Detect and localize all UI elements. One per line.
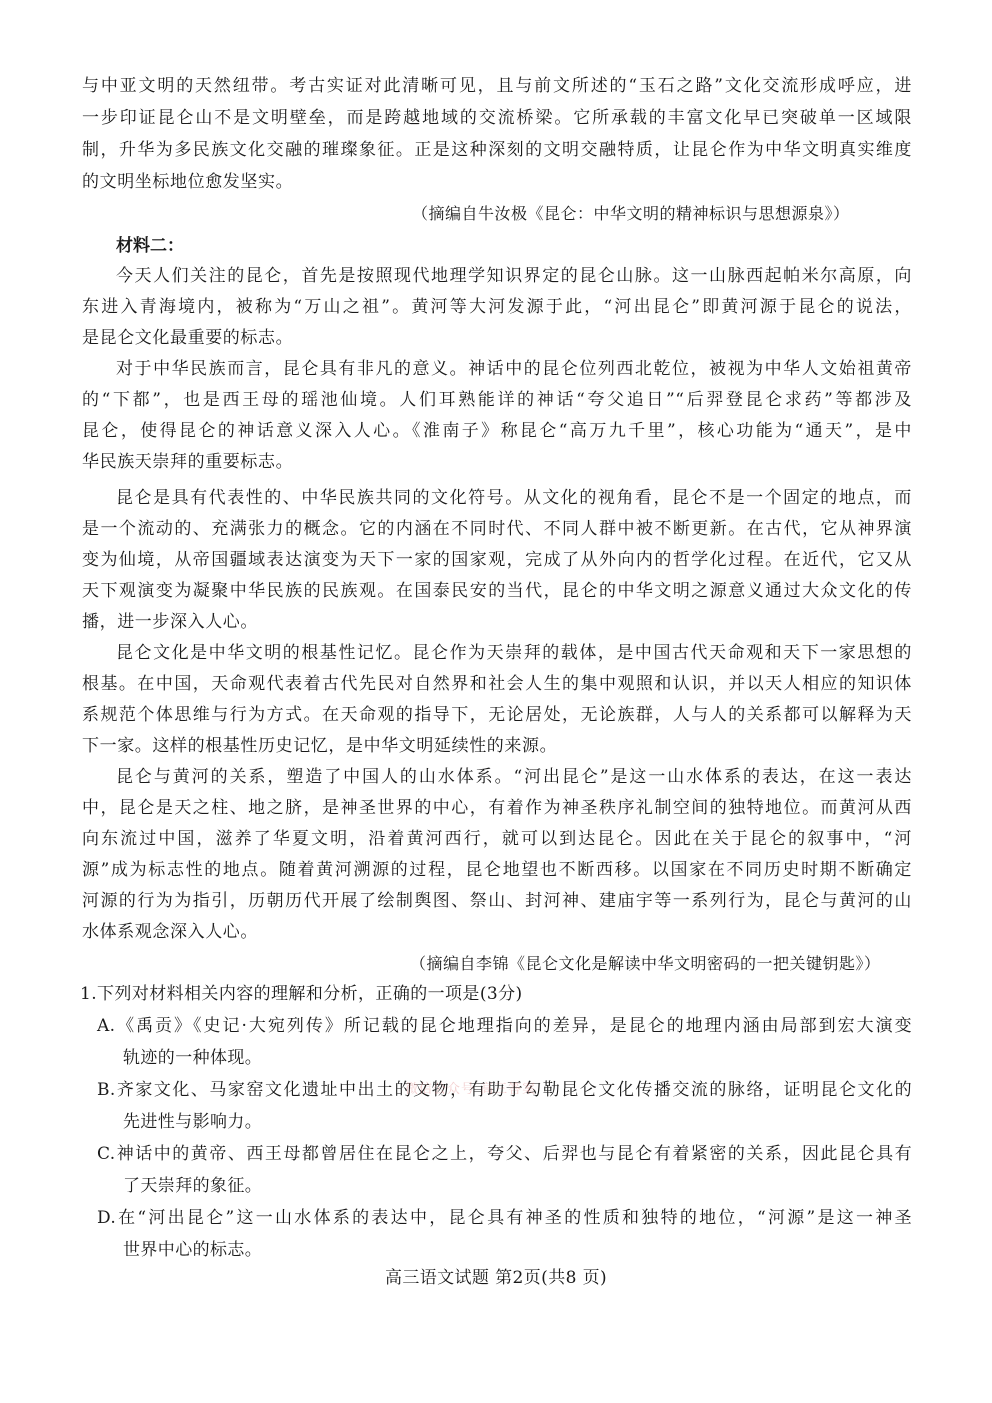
source-citation-2: （摘编自李锦《昆仑文化是解读中华文明密码的一把关键钥匙》） xyxy=(410,948,881,979)
text-line: 根基。在中国，天命观代表着古代先民对自然界和社会人生的集中观照和认识，并以天人相… xyxy=(82,669,912,700)
section-heading: 材料二： xyxy=(116,231,184,262)
text-line: 与中亚文明的天然纽带。考古实证对此清晰可见，且与前文所述的“玉石之路”文化交流形… xyxy=(82,71,912,102)
text-line: 华民族天崇拜的重要标志。 xyxy=(82,447,912,478)
exam-page: 与中亚文明的天然纽带。考古实证对此清晰可见，且与前文所述的“玉石之路”文化交流形… xyxy=(0,0,992,1403)
option-c-cont: 了天崇拜的象征。 xyxy=(123,1171,912,1202)
option-label: C. xyxy=(97,1144,116,1164)
text-line: 变为仙境，从帝国疆域表达演变为天下一家的国家观，完成了从外向内的哲学化过程。在近… xyxy=(82,545,912,576)
option-d[interactable]: D.在“河出昆仑”这一山水体系的表达中，昆仑具有神圣的性质和独特的地位，“河源”… xyxy=(97,1203,912,1234)
text-line: 源”成为标志性的地点。随着黄河溯源的过程，昆仑地望也不断西移。以国家在不同历史时… xyxy=(82,855,912,886)
text-line: 是一个流动的、充满张力的概念。它的内涵在不同时代、不同人群中被不断更新。在古代，… xyxy=(82,514,912,545)
text-line: 下一家。这样的根基性历史记忆，是中华文明延续性的来源。 xyxy=(82,731,912,762)
option-b-cont: 先进性与影响力。 xyxy=(123,1107,912,1138)
text-line: 系规范个体思维与行为方式。在天命观的指导下，无论居处，无论族群，人与人的关系都可… xyxy=(82,700,912,731)
text-line: 中，昆仑是天之柱、地之脐，是神圣世界的中心，有着作为神圣秩序礼制空间的独特地位。… xyxy=(82,793,912,824)
option-label: B. xyxy=(97,1080,116,1100)
text-line: 东进入青海境内，被称为“万山之祖”。黄河等大河发源于此，“河出昆仑”即黄河源于昆… xyxy=(82,292,912,323)
option-text: 《禹贡》《史记·大宛列传》所记载的昆仑地理指向的差异，是昆仑的地理内涵由局部到宏… xyxy=(115,1016,912,1036)
text-line: 昆仑文化是中华文明的根基性记忆。昆仑作为天崇拜的载体，是中国古代天命观和天下一家… xyxy=(116,638,912,669)
text-line: 播，进一步深入人心。 xyxy=(82,607,912,638)
text-line: 昆仑是具有代表性的、中华民族共同的文化符号。从文化的视角看，昆仑不是一个固定的地… xyxy=(116,483,912,514)
option-label: D. xyxy=(97,1208,116,1228)
text-line: 的“下都”，也是西王母的瑶池仙境。人们耳熟能详的神话“夸父追日”“后羿登昆仑求药… xyxy=(82,385,912,416)
option-c[interactable]: C.神话中的黄帝、西王母都曾居住在昆仑之上，夸父、后羿也与昆仑有着紧密的关系，因… xyxy=(97,1139,912,1170)
option-d-cont: 世界中心的标志。 xyxy=(123,1235,912,1266)
text-line: 的文明坐标地位愈发坚实。 xyxy=(82,167,912,198)
text-line: 水体系观念深入人心。 xyxy=(82,917,912,948)
text-line: 向东流过中国，滋养了华夏文明，沿着黄河西行，就可以到达昆仑。因此在关于昆仑的叙事… xyxy=(82,824,912,855)
source-citation-1: （摘编自牛汝极《昆仑：中华文明的精神标识与思想源泉》） xyxy=(412,198,850,229)
text-line: 制，升华为多民族文化交融的璀璨象征。正是这种深刻的文明交融特质，让昆仑作为中华文… xyxy=(82,135,912,166)
page-footer: 高三语文试题 第2页(共8 页) xyxy=(0,1263,992,1293)
option-text: 神话中的黄帝、西王母都曾居住在昆仑之上，夸父、后羿也与昆仑有着紧密的关系，因此昆… xyxy=(116,1144,912,1164)
watermark: 微信公众号 高三答案 xyxy=(405,1078,536,1097)
text-line: 一步印证昆仑山不是文明壁垒，而是跨越地域的交流桥梁。它所承载的丰富文化早已突破单… xyxy=(82,103,912,134)
option-label: A. xyxy=(97,1016,115,1036)
question-stem: 1.下列对材料相关内容的理解和分析，正确的一项是(3分) xyxy=(80,979,523,1010)
option-a[interactable]: A.《禹贡》《史记·大宛列传》所记载的昆仑地理指向的差异，是昆仑的地理内涵由局部… xyxy=(97,1011,912,1042)
option-text: 在“河出昆仑”这一山水体系的表达中，昆仑具有神圣的性质和独特的地位，“河源”是这… xyxy=(116,1208,912,1228)
text-line: 昆仑，使得昆仑的神话意义深入人心。《淮南子》称昆仑“高万九千里”，核心功能为“通… xyxy=(82,416,912,447)
text-line: 是昆仑文化最重要的标志。 xyxy=(82,323,912,354)
text-line: 今天人们关注的昆仑，首先是按照现代地理学知识界定的昆仑山脉。这一山脉西起帕米尔高… xyxy=(116,261,912,292)
text-line: 对于中华民族而言，昆仑具有非凡的意义。神话中的昆仑位列西北乾位，被视为中华人文始… xyxy=(116,354,912,385)
text-line: 昆仑与黄河的关系，塑造了中国人的山水体系。“河出昆仑”是这一山水体系的表达，在这… xyxy=(116,762,912,793)
text-line: 天下观演变为凝聚中华民族的民族观。在国泰民安的当代，昆仑的中华文明之源意义通过大… xyxy=(82,576,912,607)
text-line: 河源的行为为指引，历朝历代开展了绘制舆图、祭山、封河神、建庙宇等一系列行为，昆仑… xyxy=(82,886,912,917)
option-a-cont: 轨迹的一种体现。 xyxy=(123,1043,912,1074)
